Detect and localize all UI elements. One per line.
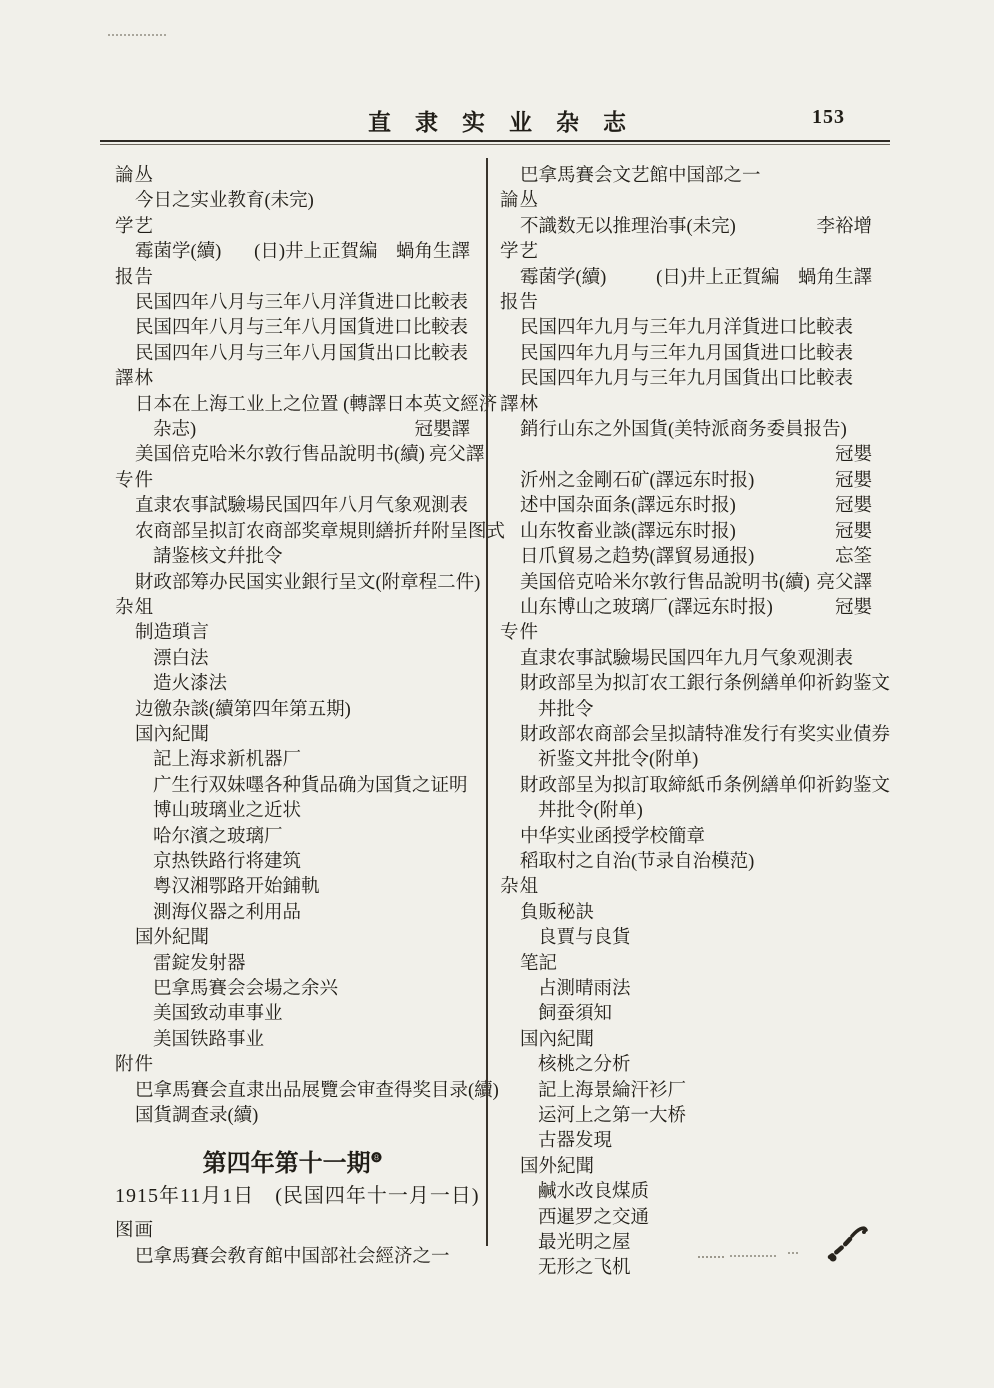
toc-item-text: 述中国杂面条(譯远东时报)	[520, 494, 736, 519]
toc-item: 稻取村之自治(节录自治模范)	[500, 850, 872, 875]
toc-section-heading: 学艺	[500, 240, 872, 265]
toc-item-text: 巴拿馬賽会文艺館中国部之一	[520, 164, 761, 189]
toc-item-text: 古器发現	[538, 1129, 612, 1154]
toc-item-author: (日)井上正賀編 蝸角生譯	[250, 240, 470, 265]
toc-item-text: 1915年11月1日 (民国四年十一月一日)	[115, 1185, 480, 1207]
toc-item: 最光明之屋	[500, 1231, 872, 1256]
toc-item-author: 冠嬰	[831, 520, 872, 545]
toc-item: 財政部呈为拟訂农工銀行条例繕单仰祈鈞鉴文	[500, 672, 872, 697]
toc-item-author: 冠嬰	[831, 494, 872, 519]
toc-item: 运河上之第一大桥	[500, 1104, 872, 1129]
toc-item-author: 冠嬰	[831, 443, 872, 468]
toc-item-text: 国內紀聞	[135, 723, 209, 748]
toc-section-heading: 論丛	[115, 164, 470, 189]
toc-item-text: 財政部呈为拟訂取締紙币条例繕单仰祈鈞鉴文	[520, 774, 890, 799]
toc-item: 財政部呈为拟訂取締紙币条例繕单仰祈鈞鉴文	[500, 774, 872, 799]
toc-item-text: 丼批令	[538, 698, 594, 723]
toc-item-text: 民国四年九月与三年九月国貨进口比較表	[520, 342, 853, 367]
toc-item-text: 請鉴核文幷批令	[153, 545, 283, 570]
toc-item-text: 国外紀聞	[135, 926, 209, 951]
toc-section-heading: 报告	[500, 291, 872, 316]
header-rule-thick	[100, 140, 890, 142]
toc-item-text: 国內紀聞	[520, 1028, 594, 1053]
toc-columns: 論丛今日之实业教育(未完)学艺霉菌学(續)(日)井上正賀編 蝸角生譯报告民国四年…	[100, 158, 888, 1282]
toc-item-text: 民国四年八月与三年八月国貨进口比較表	[135, 316, 468, 341]
toc-item-text: 运河上之第一大桥	[538, 1104, 686, 1129]
toc-item: 祈鉴文丼批令(附单)	[500, 748, 872, 773]
toc-item-text: 美国铁路事业	[153, 1028, 264, 1053]
toc-item-text: 沂州之金剛石矿(譯远东时报)	[520, 469, 754, 494]
toc-item: 杂志)冠嬰譯	[115, 418, 470, 443]
toc-item: 美国致动車事业	[115, 1002, 470, 1027]
toc-item: 記上海景綸汗衫厂	[500, 1079, 872, 1104]
toc-item-text: 广生行双妹嚜各种貨品确为国貨之证明	[153, 774, 468, 799]
toc-item-text: 雷錠发射器	[153, 952, 246, 977]
toc-item-text: 杂俎	[115, 596, 154, 621]
toc-item-text: 民国四年九月与三年九月洋貨进口比較表	[520, 316, 853, 341]
toc-item: 粤汉湘鄂路开始鋪軌	[115, 875, 470, 900]
toc-item-text: 負販秘訣	[520, 901, 594, 926]
scan-artifact-dots-top	[108, 34, 166, 36]
toc-item-text: 財政部筹办民国实业銀行呈文(附章程二件)	[135, 571, 480, 596]
toc-item-text: 測海仪器之利用品	[153, 901, 301, 926]
toc-item-text: 飼蚕須知	[538, 1002, 612, 1027]
toc-item-text: 京热铁路行将建筑	[153, 850, 301, 875]
toc-item-text: 杂志)	[153, 418, 196, 443]
toc-item: 直隶农事試驗場民国四年八月气象观測表	[115, 494, 470, 519]
toc-item-text: 造火漆法	[153, 672, 227, 697]
toc-item-text: 漂白法	[153, 647, 209, 672]
toc-item-text: 稻取村之自治(节录自治模范)	[520, 850, 754, 875]
toc-item: 京热铁路行将建筑	[115, 850, 470, 875]
toc-item-text: 制造瑣言	[135, 621, 209, 646]
toc-item-text: 譯林	[500, 393, 539, 418]
toc-item: 財政部农商部会呈拟請特准发行有奖实业債券	[500, 723, 872, 748]
toc-section-heading: 論丛	[500, 189, 872, 214]
toc-item-text: 西暹罗之交通	[538, 1206, 649, 1231]
issue-footnote-mark: ❽	[371, 1150, 383, 1165]
toc-item-text: 記上海求新机器厂	[153, 748, 301, 773]
toc-item-text: 粤汉湘鄂路开始鋪軌	[153, 875, 320, 900]
toc-item: 請鉴核文幷批令	[115, 545, 470, 570]
toc-item: 民国四年八月与三年八月洋貨进口比較表	[115, 291, 470, 316]
toc-item: 巴拿馬賽会会場之余兴	[115, 977, 470, 1002]
toc-item: 雷錠发射器	[115, 952, 470, 977]
toc-item: 造火漆法	[115, 672, 470, 697]
toc-item: 国內紀聞	[115, 723, 470, 748]
toc-item: 財政部筹办民国实业銀行呈文(附章程二件)	[115, 571, 470, 596]
toc-item-text: 最光明之屋	[538, 1231, 631, 1256]
toc-item-author: (日)井上正賀編 蝸角生譯	[652, 266, 872, 291]
toc-item-author: 冠嬰	[831, 469, 872, 494]
toc-item: 日爪貿易之趋势(譯貿易通报)忘筌	[500, 545, 872, 570]
toc-column-right: 巴拿馬賽会文艺館中国部之一論丛不識数无以推理治事(未完)李裕增学艺霉菌学(續)(…	[488, 158, 888, 1282]
toc-item-text: 山东博山之玻璃厂(譯远东时报)	[520, 596, 773, 621]
toc-section-heading: 附件	[115, 1053, 470, 1078]
toc-item: 西暹罗之交通	[500, 1206, 872, 1231]
toc-item-text: 图画	[115, 1219, 154, 1244]
toc-item-text: 霉菌学(續)	[135, 240, 221, 265]
toc-item-text: 第四年第十一期	[203, 1151, 371, 1177]
toc-item: 負販秘訣	[500, 901, 872, 926]
toc-item-text: 国貨調查录(續)	[135, 1104, 258, 1129]
toc-item: 霉菌学(續)(日)井上正賀編 蝸角生譯	[115, 240, 470, 265]
toc-item: 民国四年九月与三年九月国貨出口比較表	[500, 367, 872, 392]
toc-item-author: 亮父譯	[812, 571, 872, 596]
toc-item: 美国铁路事业	[115, 1028, 470, 1053]
toc-item-text: 民国四年八月与三年八月洋貨进口比較表	[135, 291, 468, 316]
toc-item-text: 美国致动車事业	[153, 1002, 283, 1027]
toc-item-author: 亮父譯	[425, 443, 485, 468]
toc-item-text: 杂俎	[500, 875, 539, 900]
toc-item-text: 直隶农事試驗場民国四年九月气象观測表	[520, 647, 853, 672]
toc-section-heading: 学艺	[115, 215, 470, 240]
toc-item: 笔記	[500, 952, 872, 977]
toc-item-text: 論丛	[115, 164, 154, 189]
toc-item-text: 专件	[500, 621, 539, 646]
toc-item: 民国四年八月与三年八月国貨出口比較表	[115, 342, 470, 367]
toc-item: 記上海求新机器厂	[115, 748, 470, 773]
toc-column-left: 論丛今日之实业教育(未完)学艺霉菌学(續)(日)井上正賀編 蝸角生譯报告民国四年…	[100, 158, 486, 1270]
toc-item: 民国四年九月与三年九月国貨进口比較表	[500, 342, 872, 367]
toc-item-text: 不識数无以推理治事(未完)	[520, 215, 736, 240]
toc-item: 飼蚕須知	[500, 1002, 872, 1027]
toc-section-heading: 报告	[115, 266, 470, 291]
toc-item-author: 李裕增	[812, 215, 872, 240]
toc-section-heading: 图画	[115, 1219, 470, 1244]
toc-item: 民国四年八月与三年八月国貨进口比較表	[115, 316, 470, 341]
toc-item: 不識数无以推理治事(未完)李裕增	[500, 215, 872, 240]
toc-item-text: 論丛	[500, 189, 539, 214]
toc-item-text: 农商部呈拟訂农商部奖章規則繕折幷附呈图式	[135, 520, 505, 545]
toc-item-text: 巴拿馬賽会会場之余兴	[153, 977, 338, 1002]
toc-item: 国外紀聞	[500, 1155, 872, 1180]
toc-item: 国外紀聞	[115, 926, 470, 951]
toc-item-text: 良賈与良貨	[538, 926, 631, 951]
toc-item-text: 鹹水改良煤质	[538, 1180, 649, 1205]
toc-item-text: 銷行山东之外国貨(美特派商务委員报告)	[520, 418, 847, 443]
toc-item: 丼批令	[500, 698, 872, 723]
toc-item-text: 边徼杂談(續第四年第五期)	[135, 698, 351, 723]
toc-item: 哈尔濱之玻璃厂	[115, 825, 470, 850]
toc-item-text: 核桃之分析	[538, 1053, 631, 1078]
toc-item-text: 丼批令(附单)	[538, 799, 643, 824]
toc-item: 核桃之分析	[500, 1053, 872, 1078]
toc-item-author: 忘筌	[831, 545, 872, 570]
toc-item-text: 中华实业函授学校簡章	[520, 825, 705, 850]
page-number: 153	[812, 106, 845, 129]
toc-item: 鹹水改良煤质	[500, 1180, 872, 1205]
toc-item: 冠嬰	[500, 443, 872, 468]
toc-item: 丼批令(附单)	[500, 799, 872, 824]
toc-item-text: 民国四年八月与三年八月国貨出口比較表	[135, 342, 468, 367]
toc-item: 农商部呈拟訂农商部奖章規則繕折幷附呈图式	[115, 520, 470, 545]
toc-item-text: 学艺	[115, 215, 154, 240]
toc-item: 广生行双妹嚜各种貨品确为国貨之证明	[115, 774, 470, 799]
toc-section-heading: 譯林	[115, 367, 470, 392]
toc-item-text: 学艺	[500, 240, 539, 265]
toc-item-author: 冠嬰譯	[410, 418, 470, 443]
toc-section-heading: 譯林	[500, 393, 872, 418]
toc-section-heading: 专件	[500, 621, 872, 646]
toc-item: 美国倍克哈米尔敦行售品說明书(續)亮父譯	[500, 571, 872, 596]
toc-item: 日本在上海工业上之位置 (轉譯日本英文經济	[115, 393, 470, 418]
toc-item-text: 財政部呈为拟訂农工銀行条例繕单仰祈鈞鉴文	[520, 672, 890, 697]
toc-item-text: 无形之飞机	[538, 1256, 631, 1281]
toc-item: 山东博山之玻璃厂(譯远东时报)冠嬰	[500, 596, 872, 621]
toc-item-text: 附件	[115, 1053, 154, 1078]
toc-item: 良賈与良貨	[500, 926, 872, 951]
toc-item-text: 祈鉴文丼批令(附单)	[538, 748, 698, 773]
toc-item: 美国倍克哈米尔敦行售品說明书(續)亮父譯	[115, 443, 470, 468]
toc-item-text: 专件	[115, 469, 154, 494]
toc-item: 巴拿馬賽会敎育館中国部社会經济之一	[115, 1245, 470, 1270]
issue-date: 1915年11月1日 (民国四年十一月一日)	[115, 1181, 470, 1211]
toc-item: 巴拿馬賽会文艺館中国部之一	[500, 164, 872, 189]
toc-item-text: 笔記	[520, 952, 557, 977]
toc-item-text: 日本在上海工业上之位置 (轉譯日本英文經济	[135, 393, 497, 418]
toc-item: 直隶农事試驗場民国四年九月气象观測表	[500, 647, 872, 672]
issue-title: 第四年第十一期❽	[115, 1147, 470, 1181]
toc-item: 漂白法	[115, 647, 470, 672]
header-rule	[100, 140, 890, 145]
toc-item: 边徼杂談(續第四年第五期)	[115, 698, 470, 723]
toc-item: 民国四年九月与三年九月洋貨进口比較表	[500, 316, 872, 341]
toc-section-heading: 杂俎	[500, 875, 872, 900]
toc-item: 山东牧畜业談(譯远东时报)冠嬰	[500, 520, 872, 545]
toc-item: 今日之实业教育(未完)	[115, 189, 470, 214]
toc-item: 国內紀聞	[500, 1028, 872, 1053]
scanned-journal-page: 直隶实业杂志 153 論丛今日之实业教育(未完)学艺霉菌学(續)(日)井上正賀編…	[0, 0, 994, 1388]
toc-item-text: 山东牧畜业談(譯远东时报)	[520, 520, 736, 545]
toc-item-text: 民国四年九月与三年九月国貨出口比較表	[520, 367, 853, 392]
toc-item-text: 博山玻璃业之近状	[153, 799, 301, 824]
toc-item-text: 报告	[500, 291, 539, 316]
toc-item-text: 譯林	[115, 367, 154, 392]
toc-item: 国貨調查录(續)	[115, 1104, 470, 1129]
toc-item: 霉菌学(續)(日)井上正賀編 蝸角生譯	[500, 266, 872, 291]
toc-item-text: 美国倍克哈米尔敦行售品說明书(續)	[135, 443, 425, 468]
toc-item-text: 記上海景綸汗衫厂	[538, 1079, 686, 1104]
toc-item-text: 国外紀聞	[520, 1155, 594, 1180]
toc-item-text: 占測晴雨法	[538, 977, 631, 1002]
toc-item: 博山玻璃业之近状	[115, 799, 470, 824]
toc-item-text: 报告	[115, 266, 154, 291]
toc-item-text: 直隶农事試驗場民国四年八月气象观測表	[135, 494, 468, 519]
toc-section-heading: 专件	[115, 469, 470, 494]
toc-item-text: 哈尔濱之玻璃厂	[153, 825, 283, 850]
toc-item: 占測晴雨法	[500, 977, 872, 1002]
toc-section-heading: 杂俎	[115, 596, 470, 621]
toc-item: 述中国杂面条(譯远东时报)冠嬰	[500, 494, 872, 519]
toc-item: 无形之飞机	[500, 1256, 872, 1281]
toc-item: 制造瑣言	[115, 621, 470, 646]
toc-item-text: 日爪貿易之趋势(譯貿易通报)	[520, 545, 754, 570]
toc-item: 測海仪器之利用品	[115, 901, 470, 926]
toc-item: 巴拿馬賽会直隶出品展覽会审查得奖目录(續)	[115, 1079, 470, 1104]
toc-item-text: 巴拿馬賽会直隶出品展覽会审查得奖目录(續)	[135, 1079, 499, 1104]
toc-item: 古器发現	[500, 1129, 872, 1154]
toc-item-text: 霉菌学(續)	[520, 266, 606, 291]
header-rule-thin	[100, 144, 890, 145]
toc-item-text: 財政部农商部会呈拟請特准发行有奖实业債券	[520, 723, 890, 748]
toc-item: 中华实业函授学校簡章	[500, 825, 872, 850]
toc-item-text: 今日之实业教育(未完)	[135, 189, 314, 214]
toc-item-text: 巴拿馬賽会敎育館中国部社会經济之一	[135, 1245, 450, 1270]
toc-item-author: 冠嬰	[831, 596, 872, 621]
toc-item-text: 美国倍克哈米尔敦行售品說明书(續)	[520, 571, 810, 596]
toc-item: 沂州之金剛石矿(譯远东时报)冠嬰	[500, 469, 872, 494]
toc-item: 銷行山东之外国貨(美特派商务委員报告)	[500, 418, 872, 443]
